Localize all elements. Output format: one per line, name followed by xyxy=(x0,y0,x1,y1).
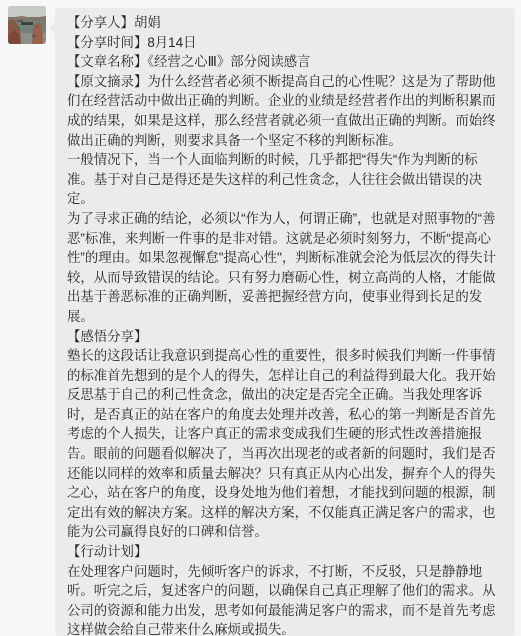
message-line-action-plan-header: 【行动计划】 xyxy=(67,542,503,562)
landscape-photo-icon xyxy=(8,6,46,44)
message-line-share-time: 【分享时间】8月14日 xyxy=(67,33,503,53)
message-paragraph-reflection: 塾长的这段话让我意识到提高心性的重要性，很多时候我们判断一件事情的标准首先想到的… xyxy=(67,346,503,542)
user-avatar[interactable] xyxy=(8,6,46,44)
message-line-reflection-header: 【感悟分享】 xyxy=(67,327,503,347)
message-bubble[interactable]: 【分享人】胡娟 【分享时间】8月14日 【文章名称】《经营之心Ⅲ》部分阅读感言 … xyxy=(55,8,515,636)
message-line-article-title: 【文章名称】《经营之心Ⅲ》部分阅读感言 xyxy=(67,52,503,72)
message-paragraph-excerpt-1: 【原文摘录】为什么经营者必须不断提高自己的心性呢？这是为了帮助他们在经营活动中做… xyxy=(67,72,503,150)
message-paragraph-excerpt-2: 一般情况下，当一个人面临判断的时候，几乎都把“得失“作为判断的标准。基于对自己是… xyxy=(67,150,503,209)
chat-message-row: 【分享人】胡娟 【分享时间】8月14日 【文章名称】《经营之心Ⅲ》部分阅读感言 … xyxy=(0,0,521,636)
message-paragraph-action-plan: 在处理客户问题时，先倾听客户的诉求，不打断，不反驳，只是静静地听。听完之后，复述… xyxy=(67,562,503,636)
message-line-sharer: 【分享人】胡娟 xyxy=(67,13,503,33)
message-paragraph-excerpt-3: 为了寻求正确的结论，必须以“作为人，何谓正确”，也就是对照事物的“善恶”标准，来… xyxy=(67,209,503,327)
